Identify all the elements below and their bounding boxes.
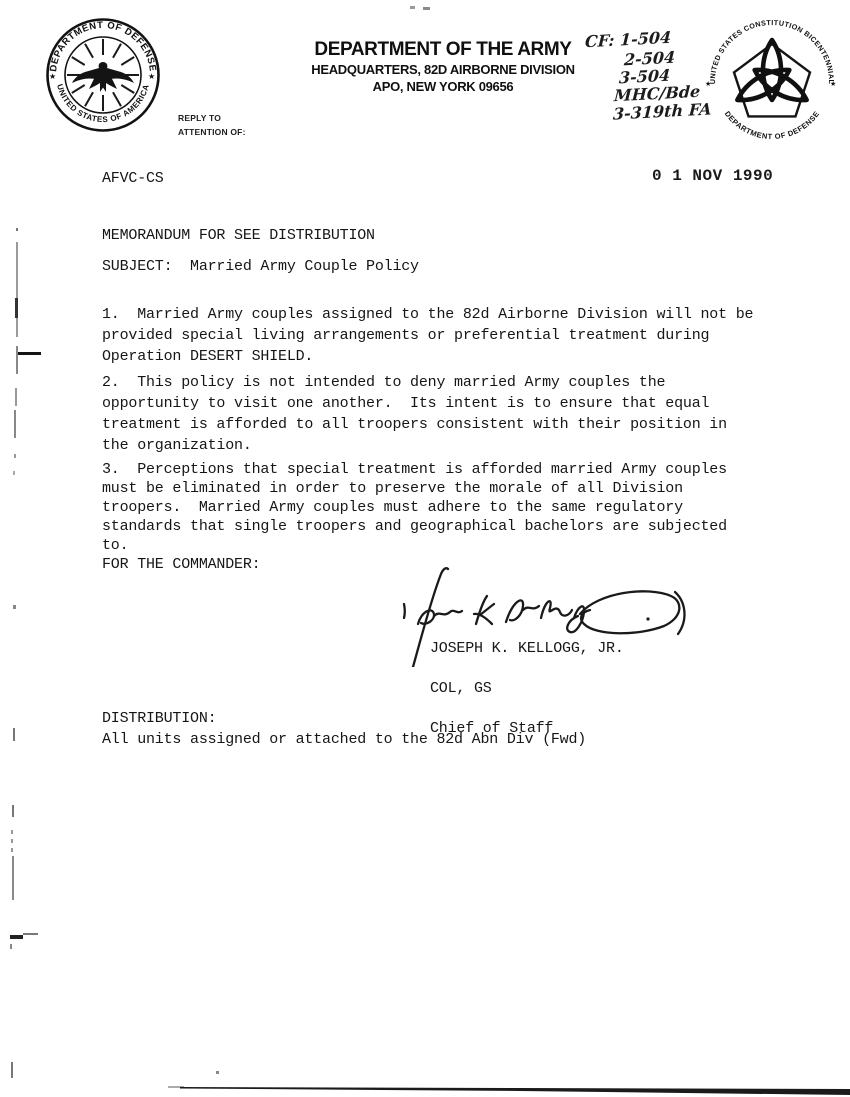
scan-line (12, 805, 14, 817)
scanned-memo-page: DEPARTMENT OF DEFENSE UNITED STATES OF A… (0, 0, 850, 1097)
office-symbol: AFVC-CS (102, 168, 164, 189)
scan-line (16, 346, 18, 374)
scan-dash (23, 933, 38, 935)
dod-seal: DEPARTMENT OF DEFENSE UNITED STATES OF A… (44, 16, 162, 134)
scan-dash (18, 352, 41, 355)
scan-speck (410, 6, 415, 9)
scan-speck (10, 944, 12, 949)
dod-seal-star-left: ★ (49, 72, 56, 81)
distribution-block: DISTRIBUTION: All units assigned or atta… (102, 708, 586, 750)
letterhead-subtitle2: APO, NEW YORK 09656 (283, 79, 603, 94)
svg-text:UNITED STATES CONSTITUTION BIC: UNITED STATES CONSTITUTION BICENTENNIAL (708, 18, 836, 85)
signer-name: JOSEPH K. KELLOGG, JR. (430, 640, 624, 657)
letterhead-title: DEPARTMENT OF THE ARMY (283, 40, 603, 60)
scan-speck (423, 7, 430, 10)
scan-line (14, 410, 16, 438)
bicentennial-top-text: UNITED STATES CONSTITUTION BICENTENNIAL (708, 18, 836, 85)
letterhead-subtitle1: HEADQUARTERS, 82D AIRBORNE DIVISION (283, 62, 603, 77)
paragraph-3: 3. Perceptions that special treatment is… (102, 460, 782, 555)
scan-speck (13, 605, 16, 609)
scan-speck (16, 228, 18, 231)
pentagon-outline (734, 44, 810, 116)
subject-line: SUBJECT: Married Army Couple Policy (102, 256, 419, 277)
bicentennial-star-left: ★ (705, 80, 711, 88)
paragraph-1: 1. Married Army couples assigned to the … (102, 304, 782, 367)
triquetra-knot (733, 40, 811, 108)
cf-note-line5: 3-319th FA (613, 99, 712, 123)
date-stamp: 0 1 NOV 1990 (652, 167, 773, 185)
scan-bottom-line (0, 1080, 850, 1097)
scan-line (16, 242, 18, 337)
letterhead: DEPARTMENT OF THE ARMY HEADQUARTERS, 82D… (283, 40, 603, 94)
bicentennial-seal: UNITED STATES CONSTITUTION BICENTENNIAL … (702, 12, 842, 152)
paragraph-2: 2. This policy is not intended to deny m… (102, 372, 782, 456)
dod-seal-graphic: DEPARTMENT OF DEFENSE UNITED STATES OF A… (44, 16, 162, 134)
scan-speck (11, 848, 13, 852)
bicentennial-seal-graphic: UNITED STATES CONSTITUTION BICENTENNIAL … (702, 12, 842, 152)
scan-speck (11, 830, 13, 834)
scan-line (13, 728, 15, 741)
scan-line (11, 1062, 13, 1078)
svg-text:DEPARTMENT OF DEFENSE: DEPARTMENT OF DEFENSE (723, 109, 821, 141)
scan-speck (13, 471, 15, 475)
scan-speck (14, 454, 16, 458)
scan-line (12, 856, 14, 900)
scan-speck (11, 839, 13, 843)
dod-seal-star-right: ★ (148, 72, 155, 81)
memo-line: MEMORANDUM FOR SEE DISTRIBUTION (102, 225, 375, 246)
signer-rank: COL, GS (430, 680, 492, 697)
scan-line (15, 388, 17, 406)
scan-dash (10, 935, 23, 939)
scan-line (15, 298, 18, 318)
closing-line: FOR THE COMMANDER: (102, 554, 260, 575)
reply-to-label: REPLY TO ATTENTION OF: (178, 111, 246, 139)
bicentennial-star-right: ★ (830, 80, 836, 88)
scan-speck (216, 1071, 219, 1074)
bicentennial-bottom-text: DEPARTMENT OF DEFENSE (723, 109, 821, 141)
